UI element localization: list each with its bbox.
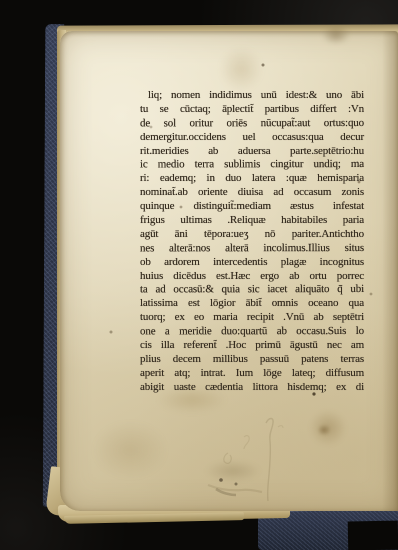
text-line: de sol oritur oriēs nūcupat̃:aut ortus:q… <box>140 117 364 131</box>
text-line: ta ad occasū:& quia sic iacet aliquāto q… <box>140 283 364 297</box>
text-line: nominat̃.ab oriente diuisa ad occasum zo… <box>140 186 364 200</box>
text-line: abigit uaste cædentia littora hisdemq; e… <box>140 381 364 395</box>
text-line: one a meridie duo:quartū ab occasu.Suis … <box>140 325 364 339</box>
book-page: liq; nomen indidimus unū idest:& uno ābi… <box>60 31 398 511</box>
book-photograph: liq; nomen indidimus unū idest:& uno ābi… <box>0 0 398 550</box>
paper-stain <box>318 23 354 47</box>
text-line: nes alterā:nos alterā incolimus.Illius s… <box>140 242 364 256</box>
text-line: ri: eademq; in duo latera :quæ hemispari… <box>140 172 364 186</box>
ink-showthrough-marks <box>188 415 308 515</box>
text-line: latissima est lōgior ābit̃ omnis oceano … <box>140 297 364 311</box>
text-line: tu se cūctaq; āplectit̃ partibus differt… <box>140 103 364 117</box>
text-line: aperit atq; intrat. Ium lōge lateq; diff… <box>140 367 364 381</box>
page-right-shadow <box>382 31 398 511</box>
text-line: tuorq; ex eo maria recipit .Vnū ab septē… <box>140 311 364 325</box>
text-line: rit.meridies ab aduersa parte.septētrio:… <box>140 144 364 158</box>
text-line: agūt āni tēpora:ueʒ nō pariter.Antichtho <box>140 228 364 242</box>
text-line: quinque distinguit̃:mediam æstus infesta… <box>140 200 364 214</box>
paper-stain <box>82 413 178 487</box>
paper-stain <box>316 423 332 437</box>
text-line: ob ardorem intercedentis plagæ incognitu… <box>140 255 364 269</box>
text-line: huius dicēdus est.Hæc ergo ab ortu porre… <box>140 270 364 284</box>
text-line: liq; nomen indidimus unū idest:& uno ābi <box>140 89 364 103</box>
text-line: ic medio terra sublimis cingitur undiq; … <box>140 158 364 172</box>
text-line: demergitur.occidens uel occasus:qua decu… <box>140 131 364 145</box>
backdrop-notch <box>348 521 398 550</box>
text-line: cis illa referent̃ .Hoc primū āgustū nec… <box>140 339 364 353</box>
latin-text-block: liq; nomen indidimus unū idest:& uno ābi… <box>140 89 364 395</box>
text-line: frigus ultimas .Reliquæ habitabiles pari… <box>140 214 364 228</box>
text-line: plius decem millibus passuū patens terra… <box>140 353 364 367</box>
ink-specks <box>60 31 62 33</box>
